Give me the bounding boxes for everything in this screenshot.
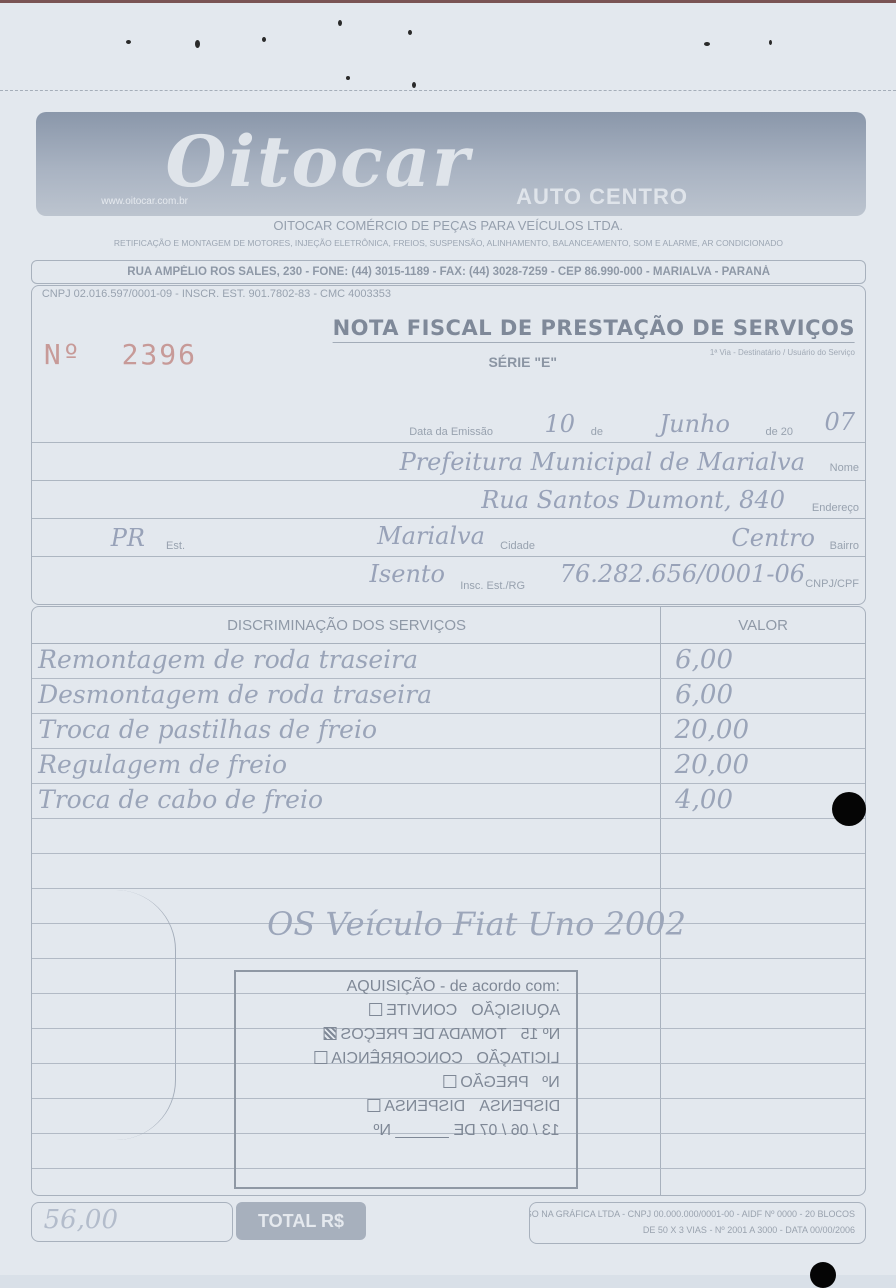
cnpj-value: 76.282.656/0001-06 — [560, 560, 805, 588]
stamp-footer: Nº ______ DE 13 / 06 / 07 — [252, 1122, 560, 1140]
table-rule — [32, 748, 865, 749]
table-rule — [32, 853, 865, 854]
acquisition-stamp: AQUISIÇÃO - de acordo com: CONVITE AQUIS… — [234, 970, 578, 1189]
invoice-sheet: Oitocar AUTO CENTRO www.oitocar.com.br O… — [0, 0, 896, 1275]
stamp-option: CONVITE AQUISIÇÃO — [252, 1002, 560, 1020]
handwritten-brace — [105, 890, 176, 1140]
checkbox-icon — [314, 1051, 327, 1064]
issue-de-label: de — [591, 426, 603, 438]
stamp-option: DISPENSA DISPENSA — [252, 1098, 560, 1116]
service-description: Regulagem de freio — [38, 750, 653, 779]
invoice-serie: SÉRIE "E" — [488, 354, 557, 370]
perforation-line — [0, 90, 896, 91]
company-activities: RETIFICAÇÃO E MONTAGEM DE MOTORES, INJEÇ… — [31, 238, 866, 248]
city-value: Marialva — [377, 522, 485, 550]
district-value: Centro — [731, 524, 815, 552]
checkbox-icon — [367, 1099, 380, 1112]
table-rule — [32, 713, 865, 714]
printer-info: IMPRESSO NA GRÁFICA LTDA - CNPJ 00.000.0… — [529, 1202, 866, 1244]
issue-day: 10 — [544, 410, 575, 438]
scan-speck — [769, 40, 772, 45]
service-description: Desmontagem de roda traseira — [38, 680, 653, 709]
service-value: 6,00 — [675, 680, 865, 710]
customer-box: CNPJ 02.016.597/0001-09 - INSCR. EST. 90… — [31, 285, 866, 605]
scan-speck — [704, 42, 710, 46]
state-label: Est. — [166, 540, 185, 552]
service-value: 20,00 — [675, 715, 865, 745]
issue-date-row: Data da Emissão 10 de Junho de 20 07 — [32, 406, 865, 443]
invoice-number: Nº2396 — [44, 338, 197, 371]
services-header: DISCRIMINAÇÃO DOS SERVIÇOS VALOR — [32, 607, 865, 644]
invoice-number-value: 2396 — [122, 338, 197, 371]
issue-year: 07 — [824, 408, 855, 436]
binder-hole — [832, 792, 866, 826]
issue-month: Junho — [660, 410, 730, 438]
table-rule — [32, 818, 865, 819]
table-rule — [32, 783, 865, 784]
stamp-option: TOMADA DE PREÇOS Nº 15 — [252, 1026, 560, 1044]
services-header-description: DISCRIMINAÇÃO DOS SERVIÇOS — [32, 617, 661, 634]
service-description: Troca de pastilhas de freio — [38, 715, 653, 744]
state-value: PR — [111, 524, 145, 552]
name-value: Prefeitura Municipal de Marialva — [400, 448, 805, 476]
stamp-title: AQUISIÇÃO - de acordo com: — [252, 978, 560, 996]
city-label: Cidade — [500, 540, 535, 552]
total-value-box: 56,00 — [31, 1202, 233, 1242]
issue-year-label: de 20 — [765, 426, 793, 438]
printer-line-1: IMPRESSO NA GRÁFICA LTDA - CNPJ 00.000.0… — [529, 1209, 855, 1219]
service-value: 6,00 — [675, 645, 865, 675]
district-city-row: Bairro Centro Cidade Marialva Est. PR — [32, 520, 865, 557]
address-value: Rua Santos Dumont, 840 — [481, 486, 785, 514]
brand-url: www.oitocar.com.br — [101, 196, 188, 207]
invoice-title: NOTA FISCAL DE PRESTAÇÃO DE SERVIÇOS — [333, 316, 855, 343]
scan-speck — [346, 76, 350, 80]
address-row: Endereço Rua Santos Dumont, 840 — [32, 482, 865, 519]
total-value: 56,00 — [44, 1205, 118, 1235]
scan-speck — [262, 37, 266, 42]
address-label: Endereço — [812, 502, 859, 514]
handwritten-note: OS Veículo Fiat Uno 2002 — [267, 905, 686, 943]
table-rule — [32, 888, 865, 889]
ie-value: Isento — [369, 560, 445, 588]
cnpj-row: CNPJ/CPF 76.282.656/0001-06 Insc. Est./R… — [32, 558, 865, 594]
total-label: TOTAL R$ — [236, 1202, 366, 1240]
district-label: Bairro — [830, 540, 859, 552]
service-value: 20,00 — [675, 750, 865, 780]
stamp-option: PREGÃO Nº — [252, 1074, 560, 1092]
cnpj-label: CNPJ/CPF — [805, 578, 859, 590]
table-rule — [32, 678, 865, 679]
issue-date-label: Data da Emissão — [409, 426, 493, 438]
company-address: RUA AMPÉLIO ROS SALES, 230 - FONE: (44) … — [31, 260, 866, 284]
checkbox-icon — [443, 1075, 456, 1088]
brand-logo: Oitocar — [166, 120, 471, 203]
service-description: Troca de cabo de freio — [38, 785, 653, 814]
scan-speck — [195, 40, 200, 48]
service-description: Remontagem de roda traseira — [38, 645, 653, 674]
services-column-divider — [660, 607, 661, 1195]
company-registration: CNPJ 02.016.597/0001-09 - INSCR. EST. 90… — [42, 288, 391, 300]
stamp-option: CONCORRÊNCIA LICITAÇÃO — [252, 1050, 560, 1068]
name-label: Nome — [830, 462, 859, 474]
invoice-via: 1ª Via - Destinatário / Usuário do Servi… — [710, 348, 855, 357]
ie-label: Insc. Est./RG — [460, 580, 525, 592]
scan-speck — [408, 30, 412, 35]
name-row: Nome Prefeitura Municipal de Marialva — [32, 444, 865, 481]
services-header-value: VALOR — [661, 617, 865, 634]
binder-hole — [810, 1262, 836, 1275]
scan-speck — [412, 82, 416, 88]
checkbox-icon — [369, 1003, 382, 1016]
brand-banner: Oitocar AUTO CENTRO www.oitocar.com.br — [36, 112, 866, 216]
checkbox-icon — [324, 1027, 337, 1040]
scan-top-edge — [0, 0, 896, 3]
scan-speck — [126, 40, 131, 44]
invoice-number-label: Nº — [44, 338, 82, 371]
company-name: OITOCAR COMÉRCIO DE PEÇAS PARA VEÍCULOS … — [0, 218, 896, 233]
brand-subtitle: AUTO CENTRO — [516, 184, 688, 210]
scan-speck — [338, 20, 342, 26]
printer-line-2: DE 50 X 3 VIAS - Nº 2001 A 3000 - DATA 0… — [643, 1225, 855, 1235]
